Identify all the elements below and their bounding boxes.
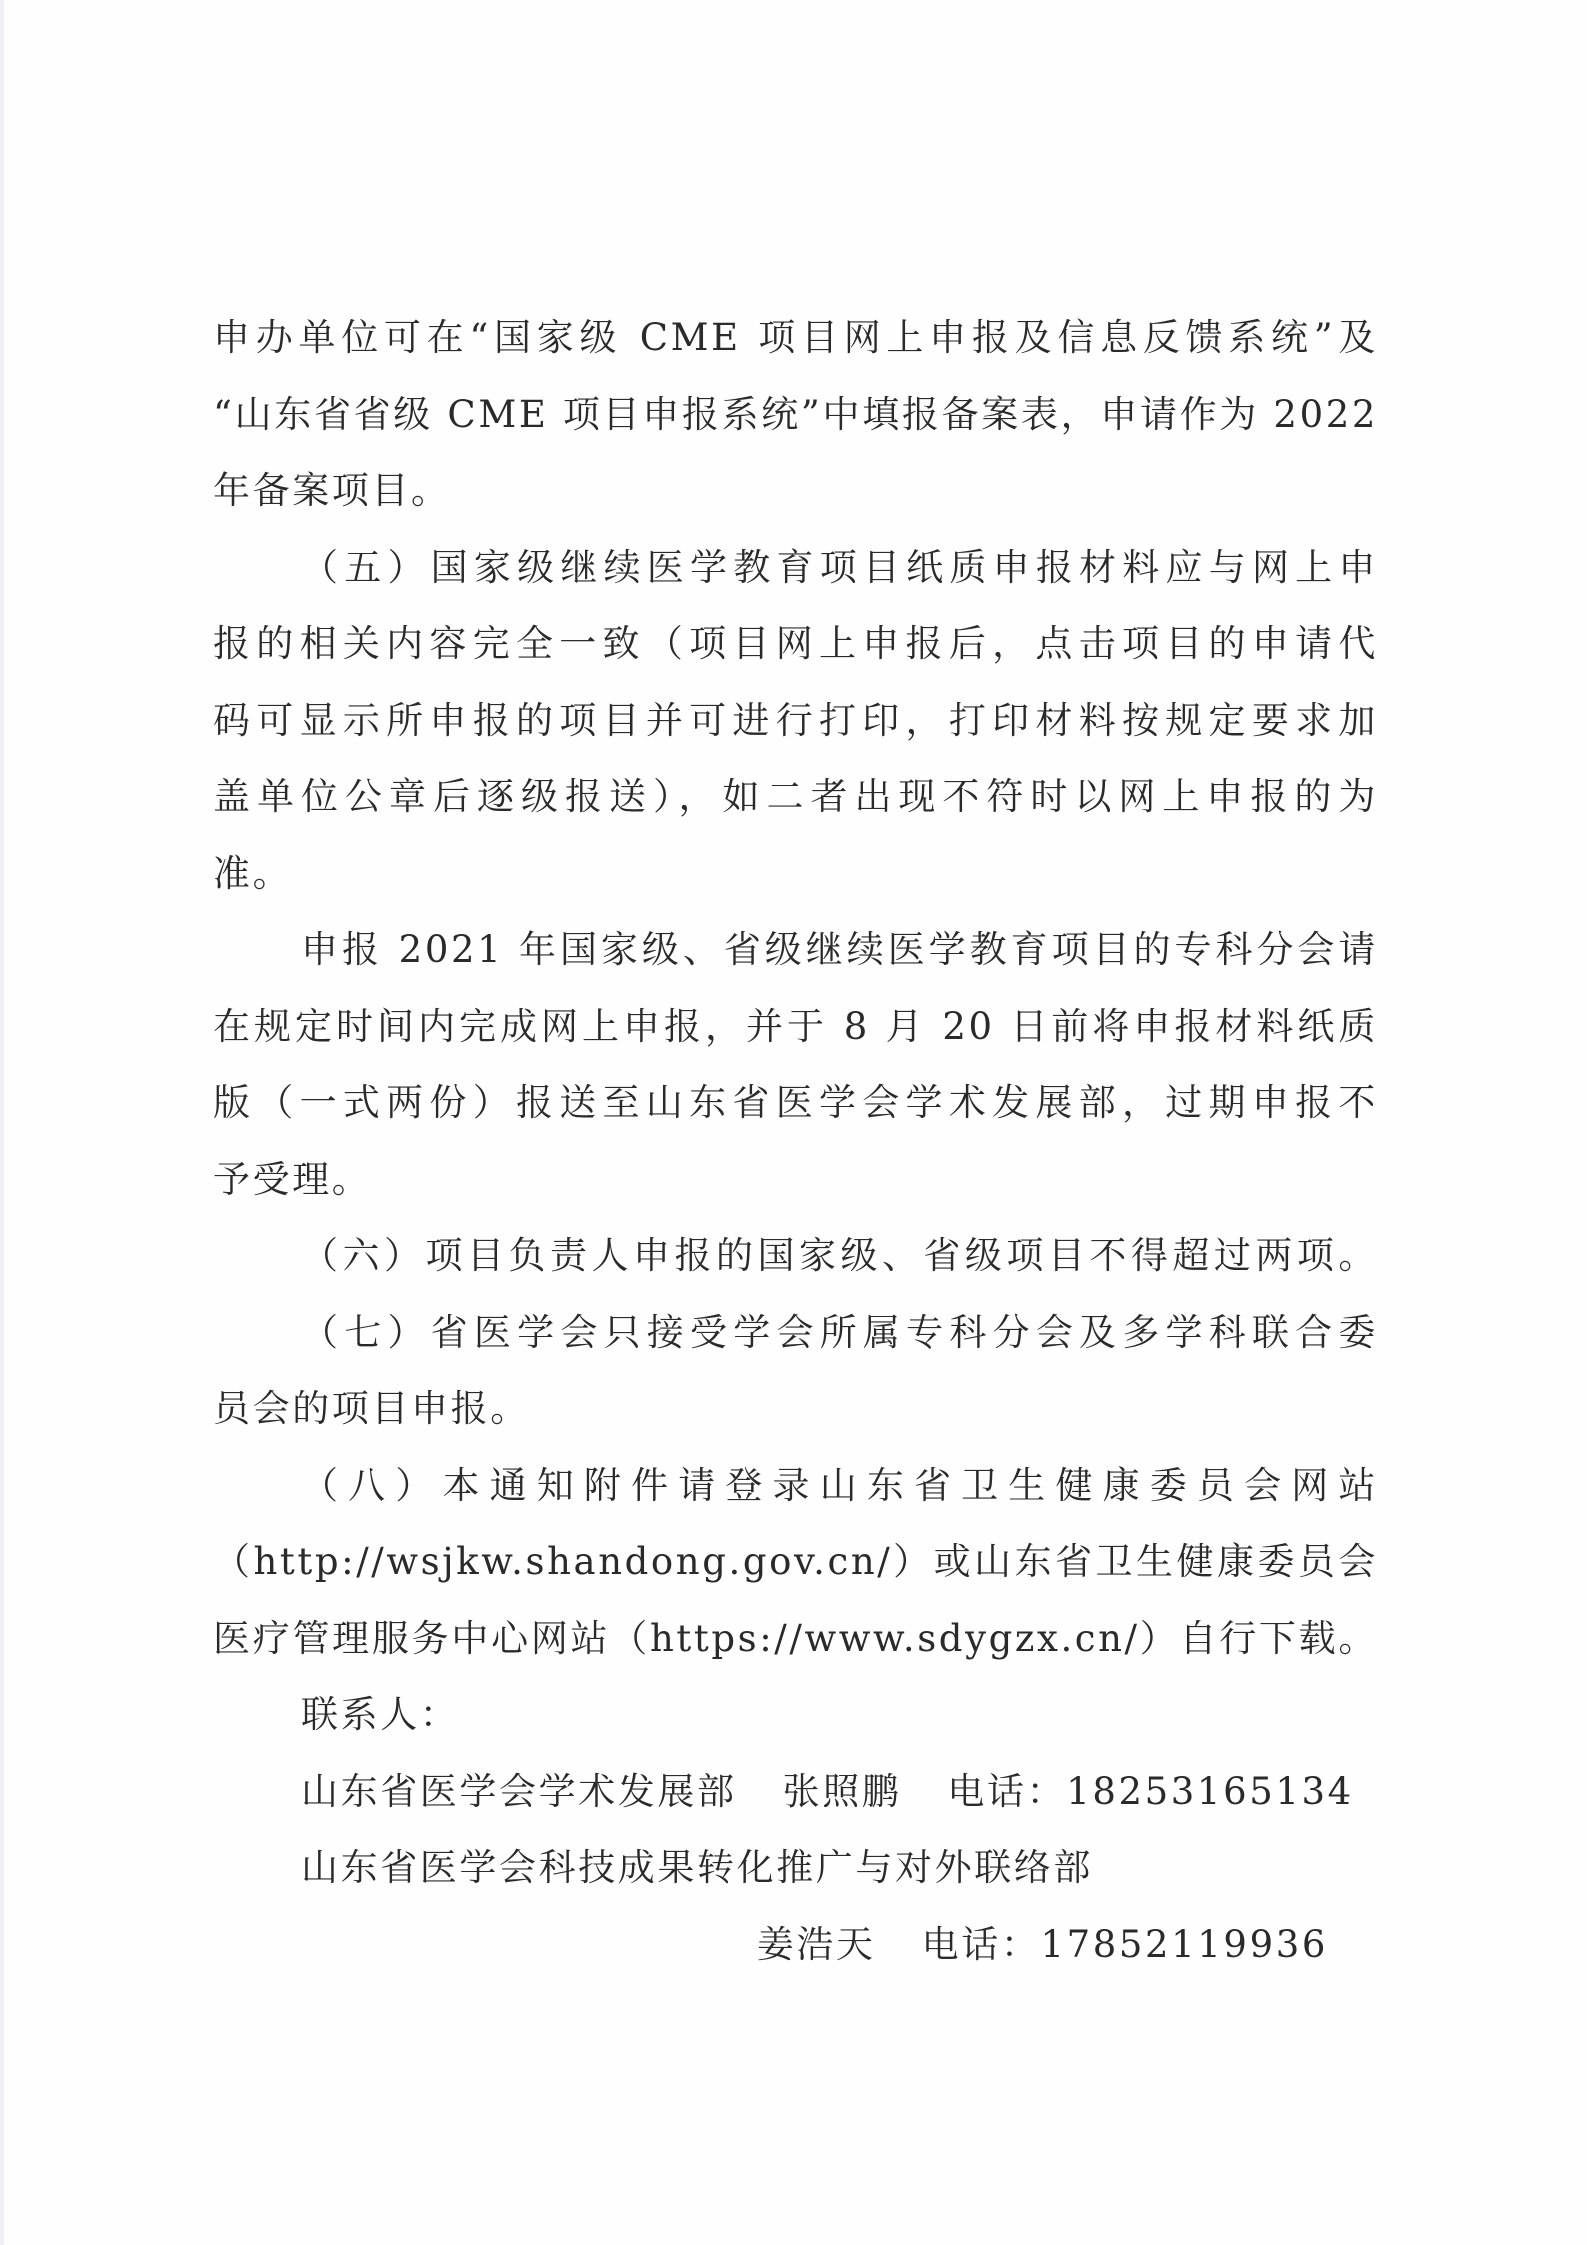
text-line: （八）本通知附件请登录山东省卫生健康委员会网站 [213,1448,1378,1525]
scan-edge [0,0,4,2245]
text-line: “山东省省级 CME 项目申报系统”中填报备案表，申请作为 2022 [213,377,1378,454]
text-line: 申办单位可在“国家级 CME 项目网上申报及信息反馈系统”及 [213,300,1378,377]
contact-department-2: 山东省医学会科技成果转化推广与对外联络部 [213,1830,1378,1907]
paragraph-item-8: （八）本通知附件请登录山东省卫生健康委员会网站 （http://wsjkw.sh… [213,1448,1378,1678]
contact-phone: 17852119936 [1040,1923,1328,1966]
contact-name: 姜浩天 [757,1923,876,1966]
text-line: 予受理。 [213,1142,1378,1219]
text-line: （五）国家级继续医学教育项目纸质申报材料应与网上申 [213,530,1378,607]
text-line: 申报 2021 年国家级、省级继续医学教育项目的专科分会请 [213,912,1378,989]
contact-item-2: 姜浩天电话：17852119936 [213,1907,1378,1984]
contact-phone: 18253165134 [1066,1770,1354,1813]
text-line: （http://wsjkw.shandong.gov.cn/）或山东省卫生健康委… [213,1524,1378,1601]
paragraph-continuation: 申办单位可在“国家级 CME 项目网上申报及信息反馈系统”及 “山东省省级 CM… [213,300,1378,530]
paragraph-submission-deadline: 申报 2021 年国家级、省级继续医学教育项目的专科分会请 在规定时间内完成网上… [213,912,1378,1218]
text-line: 医疗管理服务中心网站（https://www.sdygzx.cn/）自行下载。 [213,1601,1378,1678]
contact-phone-label: 电话： [947,1770,1066,1813]
text-line: （七）省医学会只接受学会所属专科分会及多学科联合委 [213,1295,1378,1372]
document-body: 申办单位可在“国家级 CME 项目网上申报及信息反馈系统”及 “山东省省级 CM… [213,300,1378,1983]
text-line: 盖单位公章后逐级报送），如二者出现不符时以网上申报的为 [213,759,1378,836]
contacts-label: 联系人： [213,1677,1378,1754]
paragraph-item-5: （五）国家级继续医学教育项目纸质申报材料应与网上申 报的相关内容完全一致（项目网… [213,530,1378,913]
contact-item-1: 山东省医学会学术发展部张照鹏电话：18253165134 [213,1754,1378,1831]
text-line: 报的相关内容完全一致（项目网上申报后，点击项目的申请代 [213,606,1378,683]
contact-name: 张照鹏 [783,1770,902,1813]
contact-department: 山东省医学会学术发展部 [301,1770,737,1813]
paragraph-item-6: （六）项目负责人申报的国家级、省级项目不得超过两项。 [213,1218,1378,1295]
paragraph-item-7: （七）省医学会只接受学会所属专科分会及多学科联合委 员会的项目申报。 [213,1295,1378,1448]
contact-phone-label: 电话： [922,1923,1041,1966]
text-line: 员会的项目申报。 [213,1371,1378,1448]
text-line: 准。 [213,836,1378,913]
text-line: 在规定时间内完成网上申报，并于 8 月 20 日前将申报材料纸质 [213,989,1378,1066]
text-line: （六）项目负责人申报的国家级、省级项目不得超过两项。 [213,1218,1378,1295]
text-line: 版（一式两份）报送至山东省医学会学术发展部，过期申报不 [213,1065,1378,1142]
text-line: 码可显示所申报的项目并可进行打印，打印材料按规定要求加 [213,683,1378,760]
document-page: 申办单位可在“国家级 CME 项目网上申报及信息反馈系统”及 “山东省省级 CM… [0,0,1587,2245]
contacts-section: 联系人： 山东省医学会学术发展部张照鹏电话：18253165134 山东省医学会… [213,1677,1378,1983]
text-line: 年备案项目。 [213,453,1378,530]
